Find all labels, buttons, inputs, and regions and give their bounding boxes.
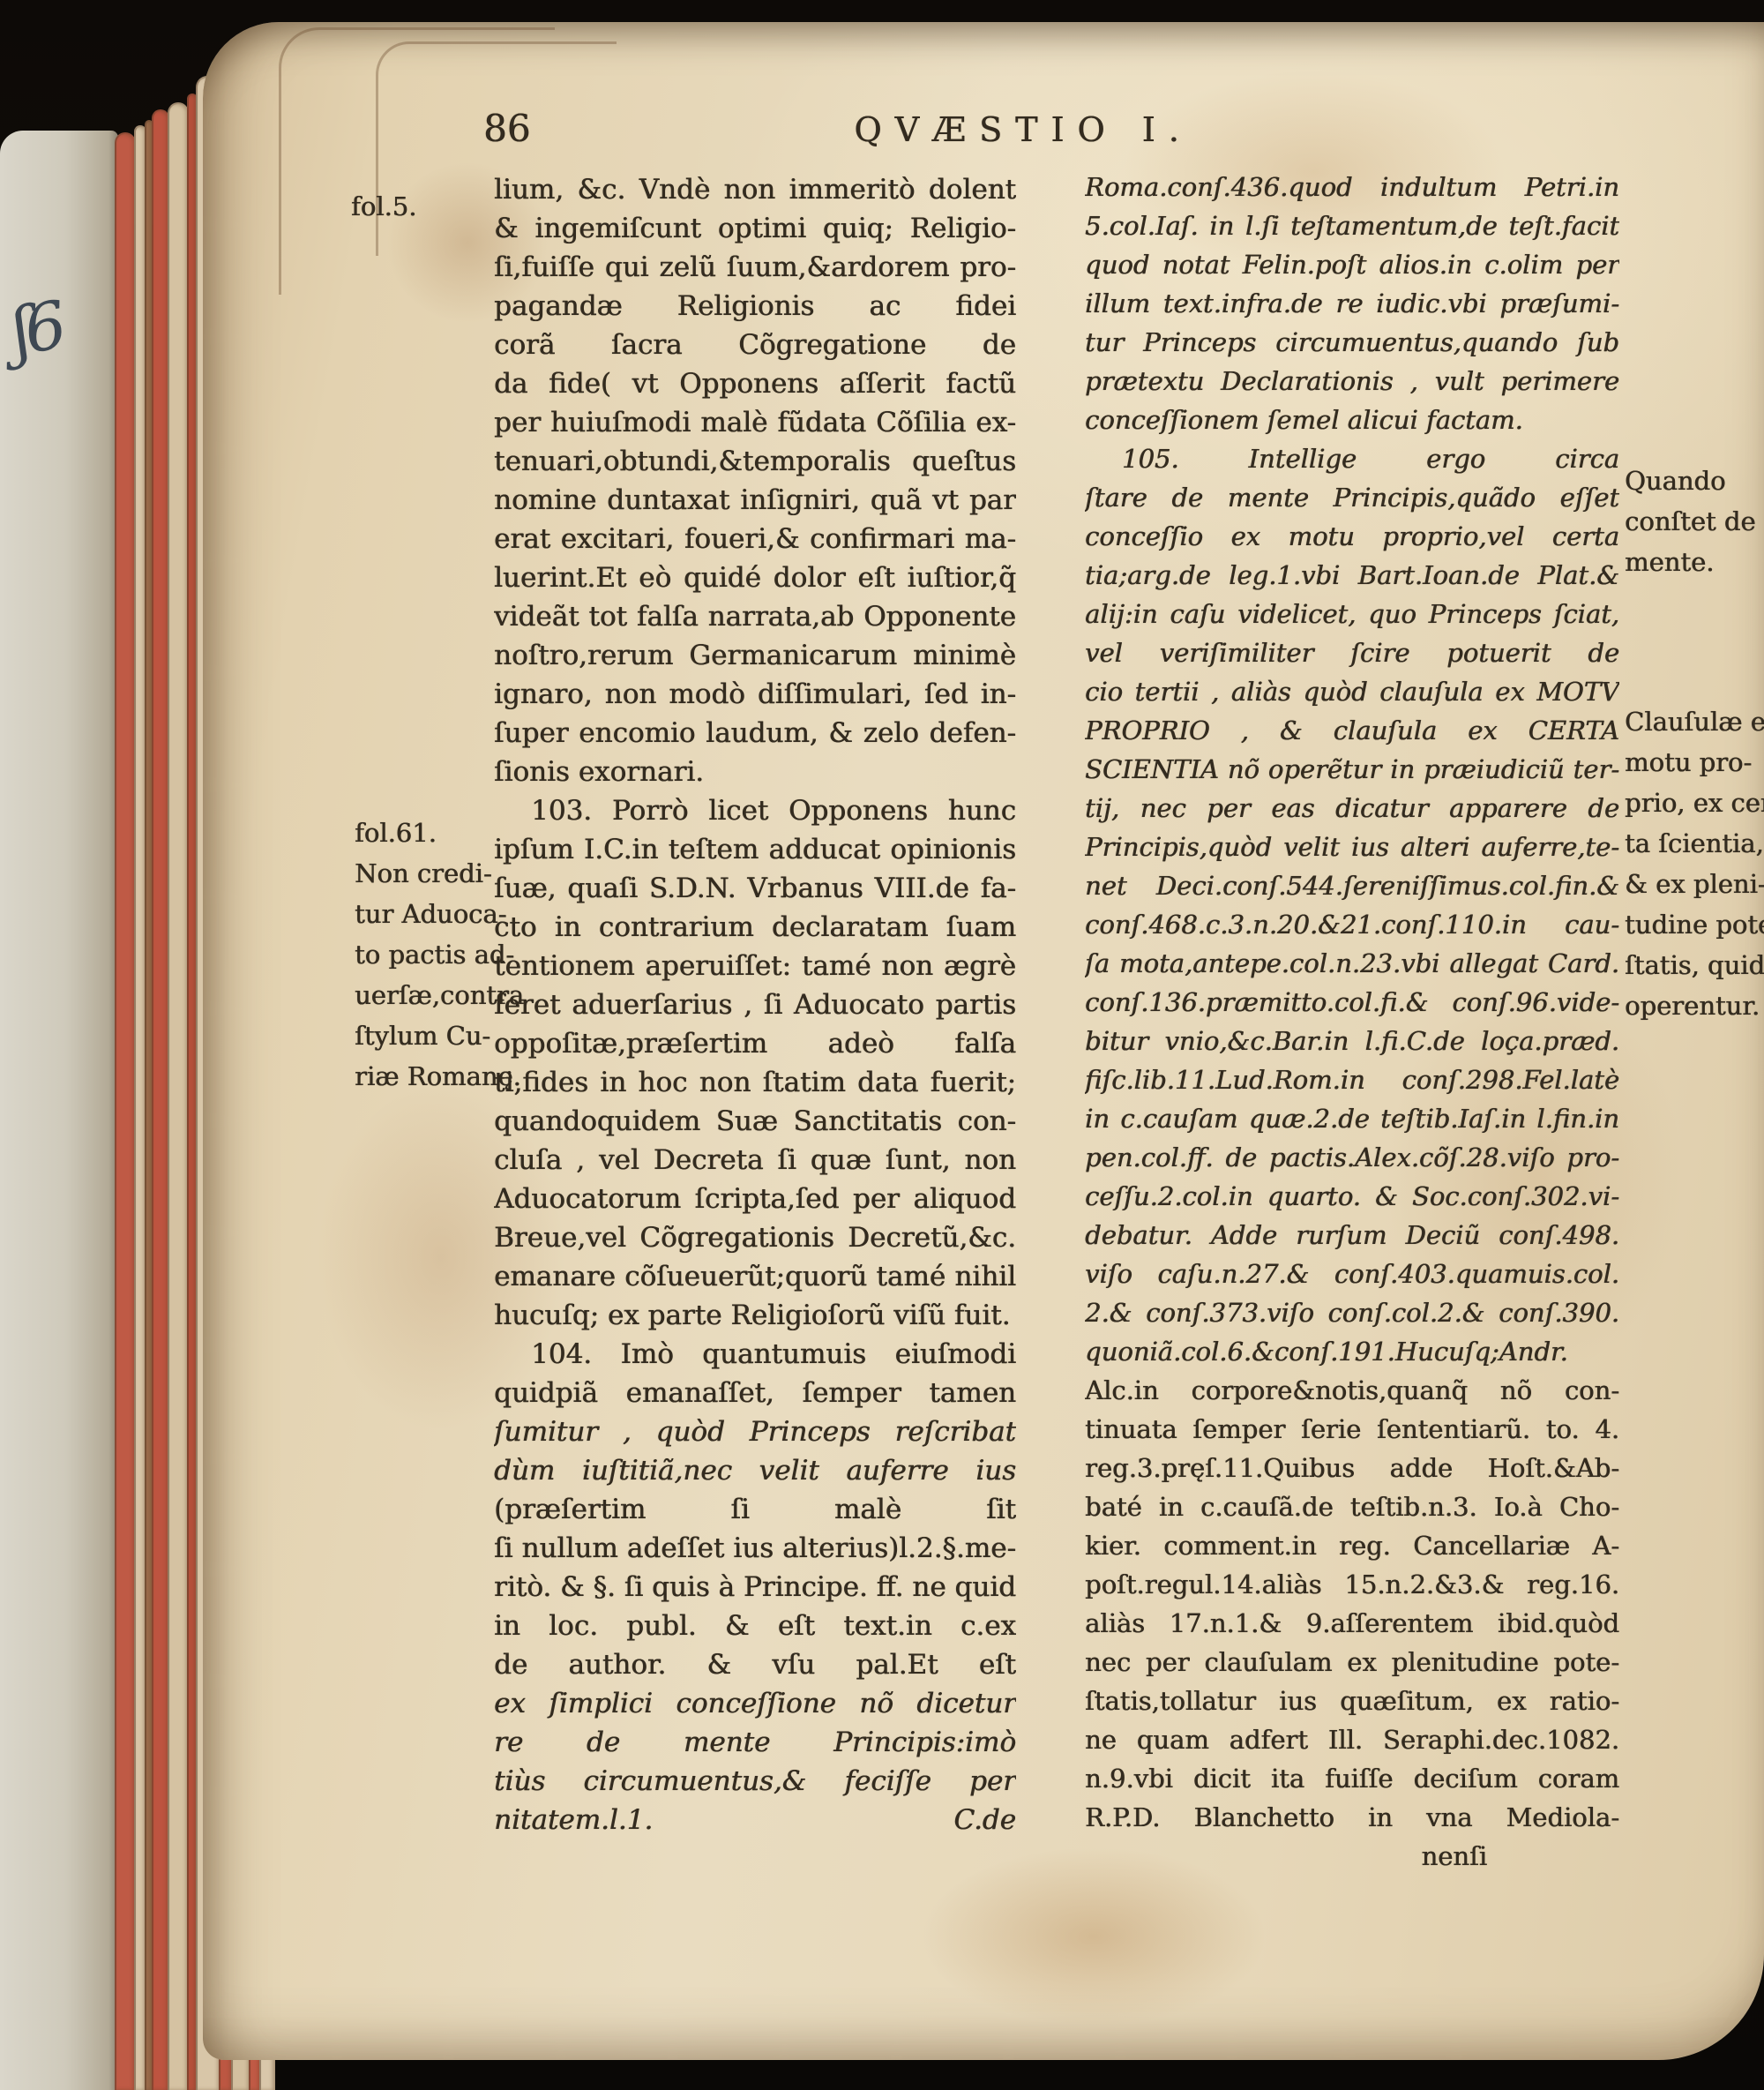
text-line: Breue,vel Cõgregationis Decretũ,&c.	[494, 1218, 1016, 1257]
text-line: tij, nec per eas dicatur apparere de men…	[1085, 789, 1619, 828]
text-line: luerint.Et eò quidé dolor eſt iuſtior,q̃	[494, 558, 1016, 597]
text-line: nitatem.l.1. C.de petit.bonor.ſublat.l.1…	[494, 1801, 1016, 1839]
text-line: reg.3.pręſ.11.Quibus adde Hoſt.&Ab-	[1085, 1449, 1619, 1487]
text-line: viſo caſu.n.27.& conſ.403.quamuis.col.	[1085, 1255, 1619, 1293]
margin-note-clausulae: Clauſulæ exmotu pro-prio, ex cer-ta ſcie…	[1625, 701, 1764, 1026]
text-line: noſtro,rerum Germanicarum minimè	[494, 636, 1016, 675]
text-line: illum text.infra.de re iudic.vbi præſumi…	[1085, 284, 1619, 323]
text-line: alij:in caſu videlicet, quo Princeps ſci…	[1085, 595, 1619, 633]
text-line: quandoquidem Suæ Sanctitatis con-	[494, 1102, 1016, 1141]
text-line: in loc. publ. & eſt text.in c.ex tuarum.	[494, 1607, 1016, 1645]
text-line: conceſſio ex motu proprio,vel certa ſcie…	[1085, 517, 1619, 556]
margin-note-line: ſtatis, quid	[1625, 945, 1764, 985]
text-column-left: lium, &c. Vndè non immeritò dolent& inge…	[494, 170, 1016, 1839]
text-line: SCIENTIA nõ operẽtur in præiudiciũ ter-	[1085, 750, 1619, 789]
text-line: oppoſitæ,præſertim adeò falſa narran-	[494, 1024, 1016, 1063]
page-edge	[168, 102, 189, 2090]
text-line: ti,fides in hoc non ſtatim data fuerit;	[494, 1063, 1016, 1102]
page-edge	[152, 109, 169, 2090]
margin-note-line: operentur.	[1625, 985, 1764, 1026]
text-line: ne quam adfert Ill. Seraphi.dec.1082.	[1085, 1720, 1619, 1759]
text-line: kier. comment.in reg. Cancellariæ A-	[1085, 1526, 1619, 1565]
text-line: dùm iuſtitiã,nec velit auferre ius alter…	[494, 1451, 1016, 1490]
text-line: ſi nullum adeſſet ius alterius)l.2.§.me-	[494, 1529, 1016, 1568]
text-line: bitur vnio,&c.Bar.in l.fi.C.de loça.præd…	[1085, 1022, 1619, 1060]
text-line: conſ.136.præmitto.col.fi.& conſ.96.vide-	[1085, 983, 1619, 1022]
text-line: nec per clauſulam ex plenitudine pote-	[1085, 1643, 1619, 1682]
text-line: pagandæ Religionis ac fidei Catholicę,	[494, 287, 1016, 326]
text-line: corã ſacra Cõgregatione de propagan-	[494, 326, 1016, 364]
text-line: da fide( vt Opponens aſſerit factũ eſſe)	[494, 364, 1016, 403]
margin-note-line: tudine pote-	[1625, 904, 1764, 945]
flyleaf-page-edge	[0, 131, 118, 2090]
text-line: (præſertim ſi malè ſit informatus,qua-	[494, 1490, 1016, 1529]
text-line: ipſum I.C.in teſtem adducat opinionis	[494, 830, 1016, 869]
text-line: fiſc.lib.11.Lud.Rom.in conſ.298.Fel.latè	[1085, 1060, 1619, 1099]
text-line: ex ſimplici conceſſione nõ dicetur conſt…	[494, 1684, 1016, 1723]
text-line: n.9.vbi dicit ita fuiſſe deciſum coram	[1085, 1759, 1619, 1798]
text-line: baté in c.cauſã.de teſtib.n.3. Io.à Cho-	[1085, 1487, 1619, 1526]
text-line: vel veriſimiliter ſcire potuerit de præi…	[1085, 633, 1619, 672]
text-line: 5.col.Iaſ. in l.ſi teſtamentum,de teſt.f…	[1085, 206, 1619, 245]
text-line: & ingemiſcunt optimi quiq; Religio-	[494, 209, 1016, 248]
handwritten-mark: ʃ6	[7, 295, 65, 364]
text-line: quod notat Felin.poſt alios.in c.olim pe…	[1085, 245, 1619, 284]
text-line: tur Princeps circumuentus,quando ſub	[1085, 323, 1619, 362]
text-line: ritò. & §. ſi quis à Principe. ff. ne qu…	[494, 1568, 1016, 1607]
text-line: ſtatis,tollatur ius quæſitum, ex ratio-	[1085, 1682, 1619, 1720]
text-line: prætextu Declarationis , vult perimere	[1085, 362, 1619, 401]
text-column-right: Roma.conſ.436.quod indultum Petri.in5.co…	[1085, 168, 1619, 1876]
text-line: cio tertii , aliàs quòd clauſula ex MOTV	[1085, 672, 1619, 711]
text-line: ſuper encomio laudum, & zelo defen-	[494, 714, 1016, 753]
margin-note-line: Quando	[1625, 461, 1764, 501]
text-line: R.P.D. Blanchetto in vna Mediola-	[1085, 1798, 1619, 1837]
text-line: videãt tot falſa narrata,ab Opponente	[494, 597, 1016, 636]
text-line: re de mente Principis:imò præſumetur po-	[494, 1723, 1016, 1762]
text-line: cto in contrarium declaratam ſuam in-	[494, 908, 1016, 947]
text-line: 104. Imò quantumuis eiuſmodi	[494, 1335, 1016, 1374]
text-line: quidpiã emanaſſet, ſemper tamen præ-	[494, 1374, 1016, 1412]
margin-note-line: Clauſulæ ex	[1625, 701, 1764, 742]
text-line: de author. & vſu pal.Et eſt verum,quod	[494, 1645, 1016, 1684]
text-line: conceſſionem ſemel alicui factam.	[1085, 401, 1619, 439]
margin-note-line: prio, ex cer-	[1625, 783, 1764, 823]
text-line: pen.col.ff. de pactis.Alex.cõſ.28.viſo p…	[1085, 1138, 1619, 1177]
text-line: lium, &c. Vndè non immeritò dolent	[494, 170, 1016, 209]
text-line: PROPRIO , & clauſula ex CERTA	[1085, 711, 1619, 750]
text-line: ſuæ, quaſi S.D.N. Vrbanus VIII.de fa-	[494, 869, 1016, 908]
text-line: conſ.468.c.3.n.20.&21.conſ.110.in cau-	[1085, 905, 1619, 944]
text-line: 2.& conſ.373.viſo conſ.col.2.& conſ.390.	[1085, 1293, 1619, 1332]
text-line: Alc.in corpore&notis,quanq̃ nõ con-	[1085, 1371, 1619, 1410]
text-line: 105. Intellige ergo circa præmiſſa,con-	[1085, 439, 1619, 478]
text-line: net Deci.conſ.544.ſereniſſimus.col.fin.&	[1085, 866, 1619, 905]
text-line: tia;arg.de leg.1.vbi Bart.Ioan.de Plat.&	[1085, 556, 1619, 595]
text-line: quoniã.col.6.&conſ.191.Hucuſq;Andr.	[1085, 1332, 1619, 1371]
text-line: feret aduerſarius , ſi Aduocato partis	[494, 985, 1016, 1024]
text-line: ignaro, non modò diſſimulari, ſed in-	[494, 675, 1016, 714]
text-line: tinuata ſemper ſerie ſententiarũ. to. 4.	[1085, 1410, 1619, 1449]
text-line: Principis,quòd velit ius alteri auferre,…	[1085, 828, 1619, 866]
text-line: erat excitari, foueri,& confirmari ma-	[494, 520, 1016, 558]
text-line: poſt.regul.14.aliàs 15.n.2.&3.& reg.16.	[1085, 1565, 1619, 1604]
margin-note-quando-constet: Quandoconſtet demente.	[1625, 461, 1764, 582]
text-line: cluſa , vel Decreta ſi quæ ſunt, non per	[494, 1141, 1016, 1180]
book-page: 86 QVÆSTIO I. fol.5. fol.61.Non credi-tu…	[203, 22, 1764, 2060]
text-line: ceſſu.2.col.in quarto. & Soc.conſ.302.vi…	[1085, 1177, 1619, 1216]
page-number: 86	[483, 107, 530, 150]
text-line: emanare cõſueuerũt;quorũ tamé nihil	[494, 1257, 1016, 1296]
running-head: QVÆSTIO I.	[811, 110, 1235, 149]
text-line: ſi,fuiſſe qui zelũ ſuum,&ardorem pro-	[494, 248, 1016, 287]
text-line: hucuſq; ex parte Religioſorũ viſũ fuit.	[494, 1296, 1016, 1335]
text-line: ſionis exornari.	[494, 753, 1016, 791]
text-line: ſa mota,antepe.col.n.23.vbi allegat Card…	[1085, 944, 1619, 983]
text-line: per huiuſmodi malè fũdata Cõſilia ex-	[494, 403, 1016, 442]
text-line: tenuari,obtundi,&temporalis queſtus	[494, 442, 1016, 481]
margin-note-line: motu pro-	[1625, 742, 1764, 783]
text-line: nomine duntaxat inſigniri, quã vt par	[494, 481, 1016, 520]
margin-note-line: conſtet de	[1625, 501, 1764, 542]
text-line: Aduocatorum ſcripta,ſed per aliquod	[494, 1180, 1016, 1218]
text-line: 103. Porrò licet Opponens hunc	[494, 791, 1016, 830]
scanned-book-page: ʃ6 86 QVÆSTIO I. fol.5. fol.61.Non credi…	[0, 0, 1764, 2090]
margin-note-line: & ex pleni-	[1625, 864, 1764, 904]
text-line: ſumitur , quòd Princeps reſcribat ſecun-	[494, 1412, 1016, 1451]
text-line: tiùs circumuentus,& feciſſe per importu-	[494, 1762, 1016, 1801]
margin-note-line: mente.	[1625, 542, 1764, 582]
text-line: debatur. Adde rurſum Deciũ conſ.498.	[1085, 1216, 1619, 1255]
text-line: tentionem aperuiſſet: tamé non ægrè	[494, 947, 1016, 985]
text-line: aliàs 17.n.1.& 9.aſſerentem ibid.quòd	[1085, 1604, 1619, 1643]
text-line: ſtare de mente Principis,quãdo eſſet fac…	[1085, 478, 1619, 517]
page-edge	[115, 132, 136, 2090]
text-line: in c.cauſam quæ.2.de teſtib.Iaſ.in l.fin…	[1085, 1099, 1619, 1138]
text-line: Roma.conſ.436.quod indultum Petri.in	[1085, 168, 1619, 206]
margin-note-line: ta ſcientia,	[1625, 823, 1764, 864]
text-line: nenſi	[1085, 1837, 1619, 1876]
